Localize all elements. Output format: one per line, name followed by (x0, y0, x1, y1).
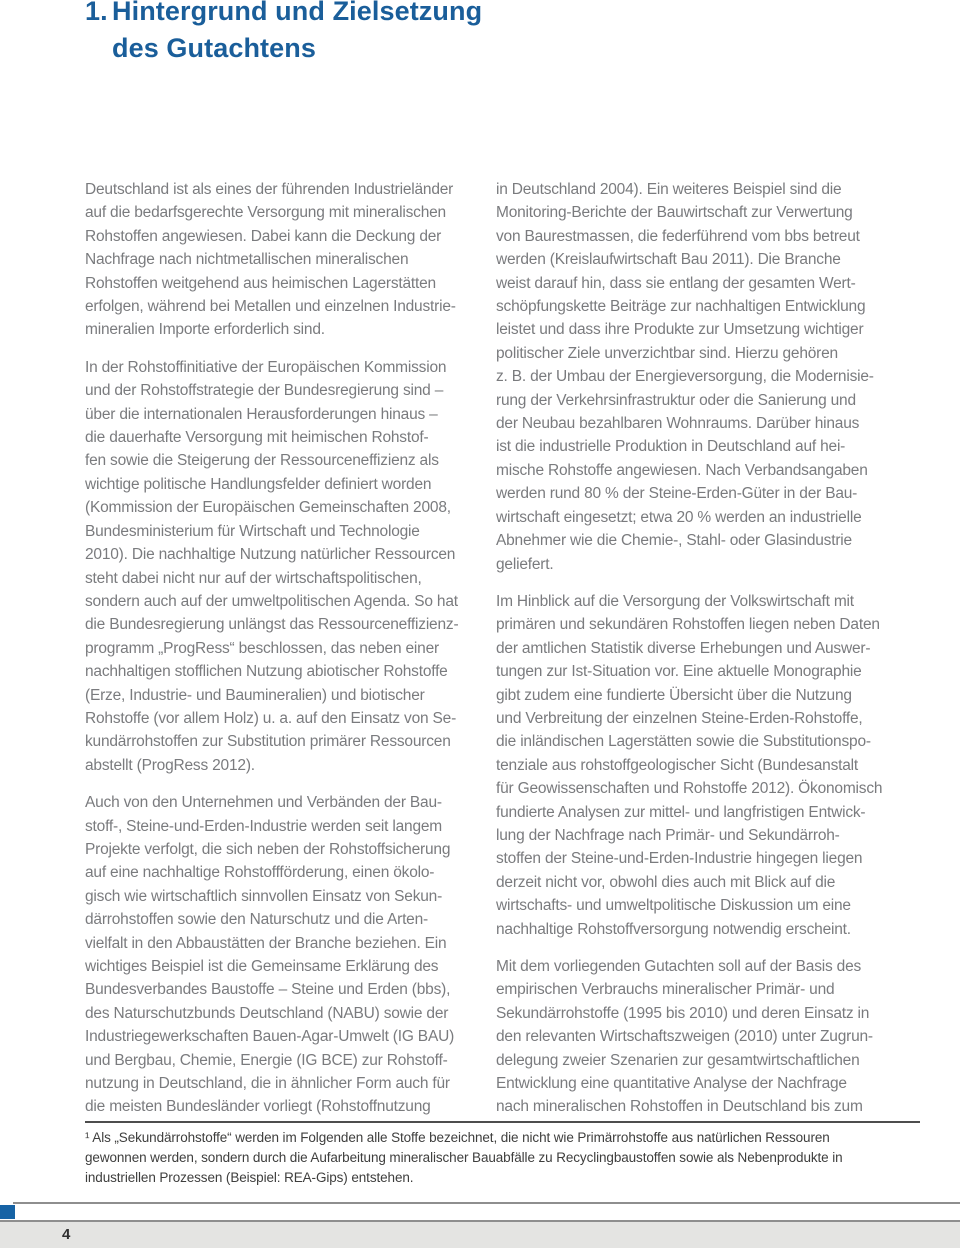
footer-band: 4 (0, 1222, 960, 1248)
right-column: in Deutschland 2004). Ein weiteres Beisp… (496, 178, 895, 1133)
chapter-heading: 1. Hintergrund und Zielsetzung des Gutac… (85, 0, 482, 67)
paragraph-versorgung-volkswirtschaft: Im Hinblick auf die Versorgung der Volks… (496, 590, 895, 941)
chapter-number: 1. (85, 0, 112, 67)
paragraph-rohstoffinitiative: In der Rohstoffinitiative der Europäisch… (85, 356, 484, 777)
paragraph-gutachten-ziel: Mit dem vorliegenden Gutachten soll auf … (496, 955, 895, 1119)
document-page: 1. Hintergrund und Zielsetzung des Gutac… (0, 0, 960, 1248)
footer-rule-top (13, 1202, 960, 1204)
paragraph-branche: in Deutschland 2004). Ein weiteres Beisp… (496, 178, 895, 576)
left-column: Deutschland ist als eines der führenden … (85, 178, 484, 1133)
text-columns: Deutschland ist als eines der führenden … (85, 178, 895, 1133)
footer-accent-square (0, 1205, 15, 1219)
chapter-title: Hintergrund und Zielsetzung des Gutachte… (112, 0, 482, 67)
paragraph-intro: Deutschland ist als eines der führenden … (85, 178, 484, 342)
paragraph-unternehmen-verbaende: Auch von den Unternehmen und Verbänden d… (85, 791, 484, 1119)
footnote-text: ¹ Als „Sekundärrohstoffe“ werden im Folg… (85, 1128, 843, 1188)
page-number: 4 (62, 1226, 70, 1243)
footnote-divider (85, 1121, 920, 1123)
